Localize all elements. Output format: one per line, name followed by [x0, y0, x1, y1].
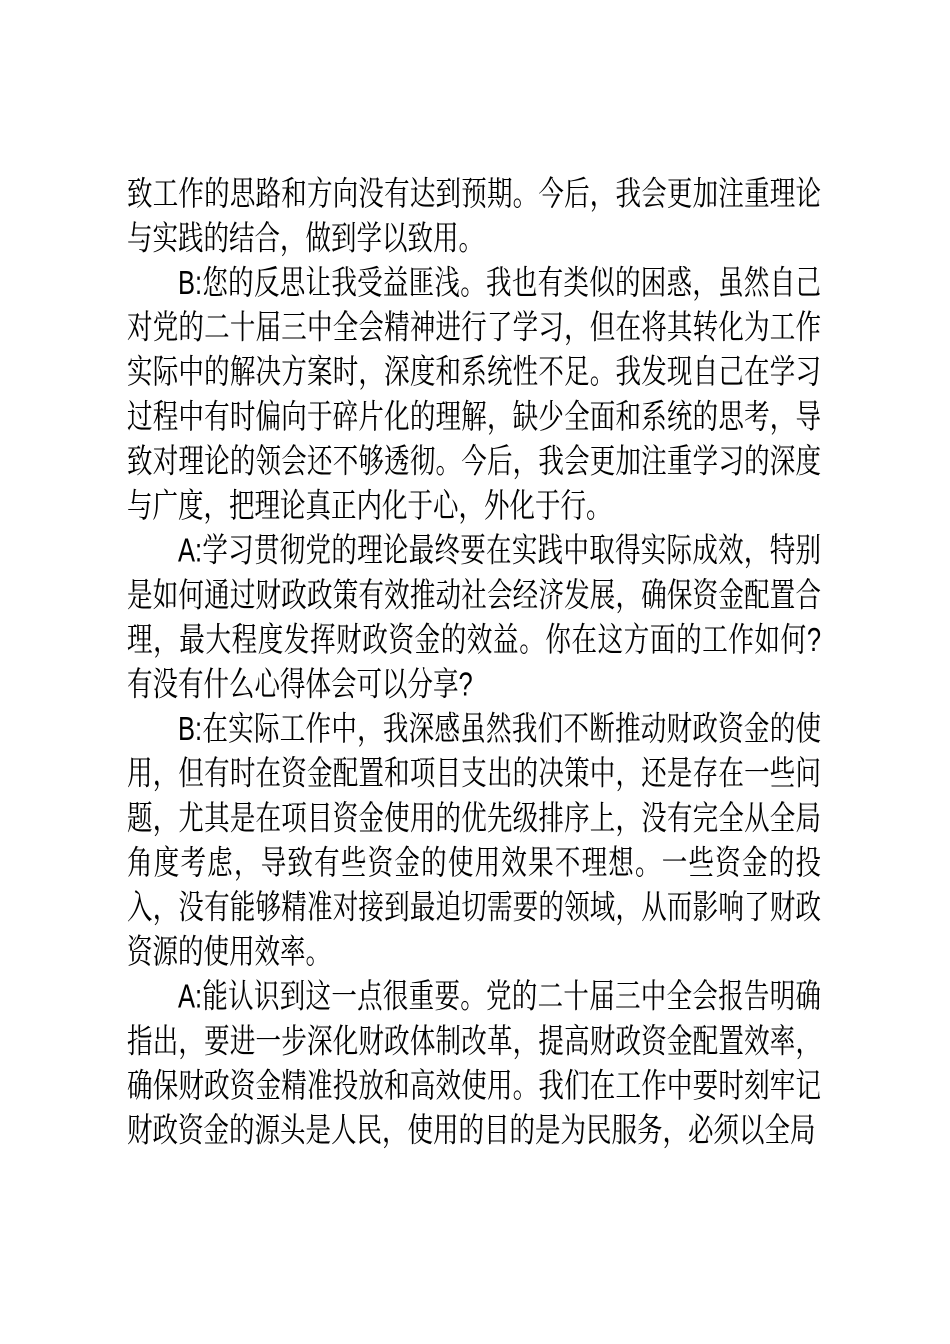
document-text: 致工作的思路和方向没有达到预期。今后，我会更加注重理论与实践的结合，做到学以致用… — [127, 172, 821, 1153]
paragraph-speaker-a-2: A:能认识到这一点很重要。党的二十届三中全会报告明确指出，要进一步深化财政体制改… — [127, 975, 821, 1153]
paragraph-speaker-a-1: A:学习贯彻党的理论最终要在实践中取得实际成效，特别是如何通过财政政策有效推动社… — [127, 529, 821, 707]
paragraph-speaker-b-1: B:您的反思让我受益匪浅。我也有类似的困惑，虽然自己对党的二十届三中全会精神进行… — [127, 261, 821, 529]
paragraph-speaker-b-2: B:在实际工作中，我深感虽然我们不断推动财政资金的使用，但有时在资金配置和项目支… — [127, 707, 821, 975]
document-page: 致工作的思路和方向没有达到预期。今后，我会更加注重理论与实践的结合，做到学以致用… — [0, 0, 950, 1344]
paragraph-continuation: 致工作的思路和方向没有达到预期。今后，我会更加注重理论与实践的结合，做到学以致用… — [127, 172, 821, 261]
